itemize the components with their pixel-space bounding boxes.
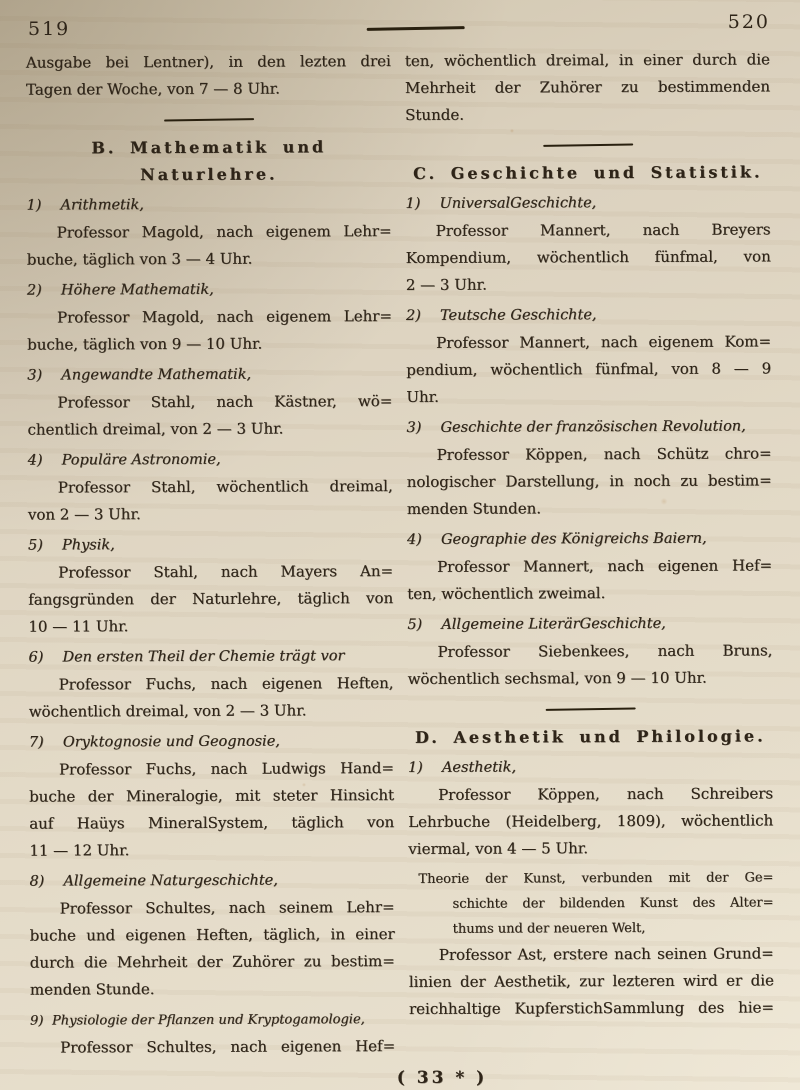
separator-rule	[543, 143, 633, 146]
text-line: Professor Köppen, nach Schreibers	[408, 780, 773, 809]
section-d-heading: D. Aesthetik und Philologie.	[408, 722, 773, 751]
course-item: 6)Den ersten Theil der Chemie trägt vorP…	[28, 643, 393, 726]
item-number: 6)	[28, 644, 62, 671]
course-item: 9)Physiologie der Pflanzen und Kryptogam…	[30, 1006, 395, 1062]
course-title: 1)UniversalGeschichte,	[405, 189, 770, 218]
item-number: 1)	[405, 191, 439, 218]
text-line: ten, wöchentlich dreimal, in einer durch…	[405, 46, 770, 75]
page-header: 519 520	[28, 10, 772, 48]
section-c-items: 1)UniversalGeschichte,Professor Mannert,…	[405, 189, 772, 693]
text-line: Professor Stahl, nach Mayers An=	[28, 558, 393, 587]
course-title-line: schichte der bildenden Kunst des Alter=	[408, 890, 773, 917]
intro-paragraph-right: ten, wöchentlich dreimal, in einer durch…	[405, 46, 770, 129]
text-line: reichhaltige KupferstichSammlung des hie…	[409, 994, 774, 1023]
text-line: wöchentlich sechsmal, von 9 — 10 Uhr.	[407, 664, 772, 693]
text-line: 11 — 12 Uhr.	[29, 836, 394, 865]
text-line: 2 — 3 Uhr.	[406, 270, 771, 299]
text-line: nologischer Darstellung, in noch zu best…	[407, 467, 772, 496]
intro-paragraph-left: Ausgabe bei Lentner), in den lezten drei…	[26, 48, 391, 104]
course-title: 5)Physik,	[28, 531, 393, 560]
book-page-scan: 519 520 Ausgabe bei Lentner), in den lez…	[0, 0, 800, 1090]
course-title: 8)Allgemeine Naturgeschichte,	[29, 867, 394, 896]
item-number: 3)	[27, 362, 61, 389]
text-line: buche der Mineralogie, mit steter Hinsic…	[29, 782, 394, 811]
text-line: Tagen der Woche, von 7 — 8 Uhr.	[26, 75, 391, 104]
text-line: Professor Fuchs, nach Ludwigs Hand=	[29, 755, 394, 784]
text-line: durch die Mehrheit der Zuhörer zu bestim…	[30, 948, 395, 977]
course-title: 4)Populäre Astronomie,	[28, 446, 393, 475]
text-line: Professor Köppen, nach Schütz chro=	[407, 440, 772, 469]
item-number: 1)	[408, 755, 442, 782]
item-number: 1)	[26, 192, 60, 219]
item-number: 2)	[406, 303, 440, 330]
text-line: pendium, wöchentlich fünfmal, von 8 — 9	[406, 355, 771, 384]
course-title: 3)Angewandte Mathematik,	[27, 361, 392, 390]
item-number: 2)	[27, 277, 61, 304]
text-line: Professor Mannert, nach eigenen Hef=	[407, 552, 772, 581]
text-line: ten, wöchentlich zweimal.	[407, 579, 772, 608]
text-line: fangsgründen der Naturlehre, täglich von	[28, 585, 393, 614]
course-item: 8)Allgemeine Naturgeschichte,Professor S…	[29, 867, 395, 1004]
text-line: Professor Schultes, nach eigenen Hef=	[30, 1033, 395, 1062]
text-line: viermal, von 4 — 5 Uhr.	[408, 834, 773, 863]
text-line: menden Stunde.	[30, 975, 395, 1004]
text-line: Lehrbuche (Heidelberg, 1809), wöchentlic…	[408, 807, 773, 836]
course-title: 6)Den ersten Theil der Chemie trägt vor	[28, 643, 393, 672]
course-title: 7)Oryktognosie und Geognosie,	[29, 728, 394, 757]
course-item: 2)Teutsche Geschichte,Professor Mannert,…	[406, 301, 771, 411]
text-line: Professor Magold, nach eigenem Lehr=	[27, 303, 392, 332]
item-number: 8)	[29, 868, 63, 895]
course-item: 5)Allgemeine LiterärGeschichte,Professor…	[407, 610, 772, 693]
item-number: 5)	[407, 612, 441, 639]
text-line: Uhr.	[406, 382, 771, 411]
text-line: Mehrheit der Zuhörer zu bestimmenden	[405, 73, 770, 102]
separator-rule	[545, 707, 635, 710]
separator-rule-wrap	[405, 130, 770, 158]
section-b-items: 1)Arithmetik,Professor Magold, nach eige…	[26, 191, 395, 1062]
text-line: buche, täglich von 9 — 10 Uhr.	[27, 330, 392, 359]
course-item: 2)Höhere Mathematik,Professor Magold, na…	[27, 276, 392, 359]
text-line: wöchentlich dreimal, von 2 — 3 Uhr.	[29, 697, 394, 726]
section-c-heading: C. Geschichte und Statistik.	[405, 158, 770, 187]
page-number-right: 520	[728, 11, 770, 33]
course-item: Theorie der Kunst, verbunden mit der Ge=…	[408, 865, 774, 1023]
text-line: Kompendium, wöchentlich fünfmal, von	[406, 243, 771, 272]
course-item: 4)Geographie des Königreichs Baiern,Prof…	[407, 525, 772, 608]
text-line: Ausgabe bei Lentner), in den lezten drei	[26, 48, 391, 77]
course-title: 2)Höhere Mathematik,	[27, 276, 392, 305]
course-item: 3)Geschichte der französischen Revolutio…	[406, 413, 771, 523]
text-line: 10 — 11 Uhr.	[28, 612, 393, 641]
text-line: Stunde.	[405, 100, 770, 129]
text-line: Professor Stahl, wöchentlich dreimal,	[28, 473, 393, 502]
item-number: 4)	[28, 447, 62, 474]
course-item: 3)Angewandte Mathematik,Professor Stahl,…	[27, 361, 392, 444]
section-b-heading: B. Mathematik und Naturlehre.	[26, 133, 391, 189]
separator-rule-wrap	[26, 105, 391, 133]
text-line: buche, täglich von 3 — 4 Uhr.	[27, 245, 392, 274]
item-number: 3)	[406, 415, 440, 442]
right-column: ten, wöchentlich dreimal, in einer durch…	[405, 46, 774, 1060]
course-title: 4)Geographie des Königreichs Baiern,	[407, 525, 772, 554]
course-item: 1)UniversalGeschichte,Professor Mannert,…	[405, 189, 770, 299]
text-line: von 2 — 3 Uhr.	[28, 500, 393, 529]
text-line: linien der Aesthetik, zur lezteren wird …	[409, 967, 774, 996]
item-number: 7)	[29, 729, 63, 756]
text-line: Professor Mannert, nach eigenem Kom=	[406, 328, 771, 357]
page-number-left: 519	[28, 18, 70, 40]
text-line: Professor Ast, erstere nach seinen Grund…	[409, 940, 774, 969]
course-item: 7)Oryktognosie und Geognosie,Professor F…	[29, 728, 395, 865]
header-rule	[367, 26, 465, 30]
course-title: 2)Teutsche Geschichte,	[406, 301, 771, 330]
course-title: 1)Arithmetik,	[26, 191, 391, 220]
section-d-items: 1)Aesthetik,Professor Köppen, nach Schre…	[408, 753, 774, 1023]
left-column: Ausgabe bei Lentner), in den lezten drei…	[26, 48, 395, 1062]
separator-rule	[164, 118, 254, 121]
course-item: 1)Aesthetik,Professor Köppen, nach Schre…	[408, 753, 773, 863]
course-item: 4)Populäre Astronomie,Professor Stahl, w…	[28, 446, 393, 529]
course-title: 5)Allgemeine LiterärGeschichte,	[407, 610, 772, 639]
item-number: 4)	[407, 527, 441, 554]
text-line: Professor Fuchs, nach eigenen Heften,	[29, 670, 394, 699]
course-title-line: Theorie der Kunst, verbunden mit der Ge=	[408, 865, 773, 892]
signature-mark: ( 33 * )	[70, 1068, 800, 1088]
item-number: 5)	[28, 532, 62, 559]
course-title: 1)Aesthetik,	[408, 753, 773, 782]
text-line: Professor Mannert, nach Breyers	[406, 216, 771, 245]
text-line: menden Stunden.	[407, 494, 772, 523]
text-line: Professor Stahl, nach Kästner, wö=	[27, 388, 392, 417]
item-number: 9)	[30, 1008, 52, 1035]
text-line: buche und eigenen Heften, täglich, in ei…	[30, 921, 395, 950]
text-line: chentlich dreimal, von 2 — 3 Uhr.	[27, 415, 392, 444]
text-line: Professor Magold, nach eigenem Lehr=	[27, 218, 392, 247]
course-item: 5)Physik,Professor Stahl, nach Mayers An…	[28, 531, 393, 641]
text-line: Professor Schultes, nach seinem Lehr=	[29, 894, 394, 923]
separator-rule-wrap	[408, 694, 773, 722]
course-title: 3)Geschichte der französischen Revolutio…	[406, 413, 771, 442]
text-line: Professor Siebenkees, nach Bruns,	[407, 637, 772, 666]
text-line: auf Haüys MineralSystem, täglich von	[29, 809, 394, 838]
text-columns: Ausgabe bei Lentner), in den lezten drei…	[26, 46, 774, 1061]
course-item: 1)Arithmetik,Professor Magold, nach eige…	[26, 191, 391, 274]
course-title: 9)Physiologie der Pflanzen und Kryptogam…	[30, 1006, 395, 1035]
course-title-line: thums und der neueren Welt,	[409, 915, 774, 942]
